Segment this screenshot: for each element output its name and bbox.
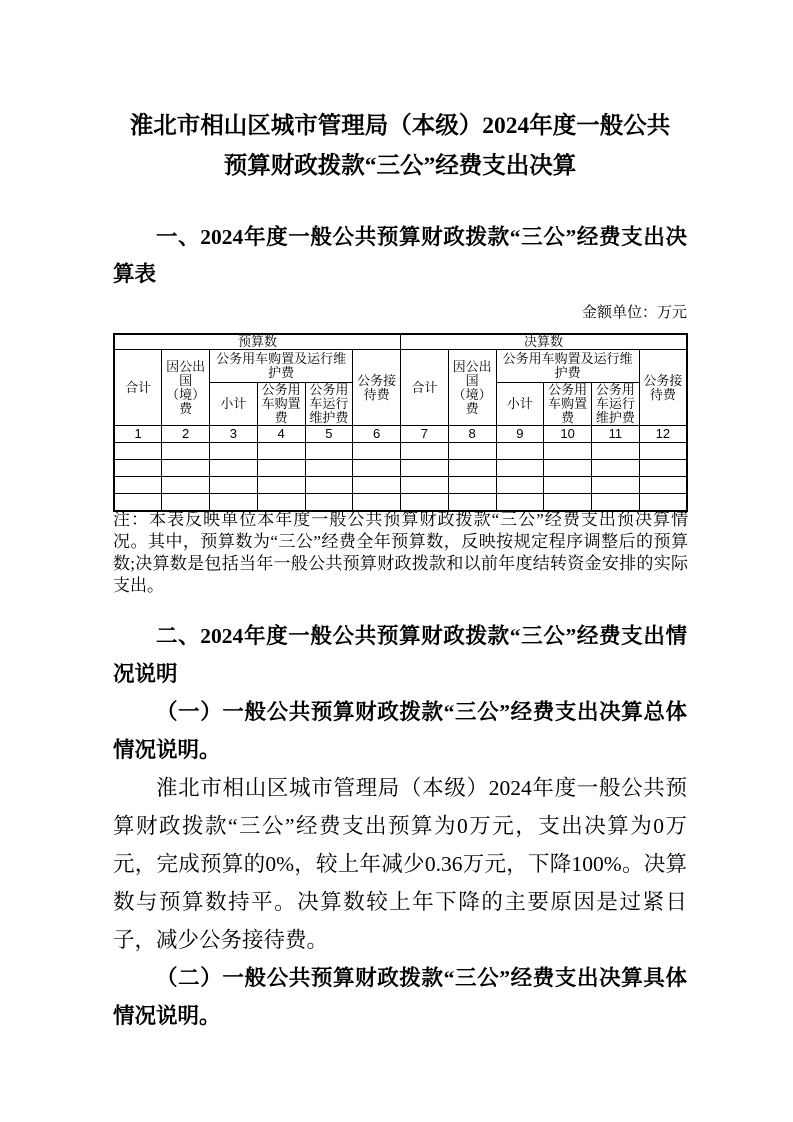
table-cell xyxy=(353,477,401,494)
table-cell xyxy=(496,460,544,477)
final-total-header: 合计 xyxy=(401,350,449,426)
table-cell xyxy=(448,494,496,511)
column-number: 9 xyxy=(496,426,544,443)
final-vehicle-group-header: 公务用车购置及运行维护费 xyxy=(496,350,639,383)
final-subtotal-header: 小计 xyxy=(496,383,544,426)
table-cell xyxy=(448,477,496,494)
document-title-line1: 淮北市相山区城市管理局（本级）2024年度一般公共 xyxy=(113,106,687,146)
amount-unit-label: 金额单位：万元 xyxy=(113,304,687,322)
budget-vehicle-group-header: 公务用车购置及运行维护费 xyxy=(210,350,353,383)
table-cell xyxy=(401,494,449,511)
table-cell xyxy=(544,494,592,511)
column-number: 7 xyxy=(401,426,449,443)
table-header-row-upper: 合计 因公出国（境）费 公务用车购置及运行维护费 公务接待费 合计 因公出国（境… xyxy=(114,350,687,383)
section2-heading: 二、2024年度一般公共预算财政拨款“三公”经费支出情况说明 xyxy=(113,617,687,693)
table-cell xyxy=(544,443,592,460)
budget-subtotal-header: 小计 xyxy=(210,383,258,426)
table-cell xyxy=(257,477,305,494)
budget-vehicle-operation-header: 公务用车运行维护费 xyxy=(305,383,353,426)
table-cell xyxy=(639,494,687,511)
table-cell xyxy=(496,443,544,460)
budget-abroad-header: 因公出国（境）费 xyxy=(162,350,210,426)
final-vehicle-operation-header: 公务用车运行维护费 xyxy=(592,383,640,426)
table-cell xyxy=(114,494,162,511)
table-cell xyxy=(305,443,353,460)
table-cell xyxy=(448,460,496,477)
table-row xyxy=(114,460,687,477)
table-row xyxy=(114,477,687,494)
table-cell xyxy=(210,477,258,494)
table-cell xyxy=(592,443,640,460)
table-cell xyxy=(162,494,210,511)
table-cell xyxy=(162,477,210,494)
table-cell xyxy=(496,494,544,511)
budget-total-header: 合计 xyxy=(114,350,162,426)
table-cell xyxy=(639,477,687,494)
section2-paragraph1: 淮北市相山区城市管理局（本级）2024年度一般公共预算财政拨款“三公”经费支出预… xyxy=(113,769,687,959)
table-cell xyxy=(592,460,640,477)
table-cell xyxy=(257,443,305,460)
table-cell xyxy=(544,460,592,477)
table-cell xyxy=(114,477,162,494)
table-cell xyxy=(210,443,258,460)
section2-content: 二、2024年度一般公共预算财政拨款“三公”经费支出情况说明 （一）一般公共预算… xyxy=(113,617,687,1035)
section2-sub2-heading: （二）一般公共预算财政拨款“三公”经费支出决算具体情况说明。 xyxy=(113,959,687,1035)
column-number: 11 xyxy=(592,426,640,443)
table-cell xyxy=(401,443,449,460)
table-cell xyxy=(401,460,449,477)
column-number-row: 1 2 3 4 5 6 7 8 9 10 11 12 xyxy=(114,426,687,443)
final-abroad-header: 因公出国（境）费 xyxy=(448,350,496,426)
column-number: 5 xyxy=(305,426,353,443)
table-cell xyxy=(162,443,210,460)
budget-group-header: 预算数 xyxy=(114,334,401,350)
table-row xyxy=(114,443,687,460)
document-title: 淮北市相山区城市管理局（本级）2024年度一般公共 预算财政拨款“三公”经费支出… xyxy=(113,106,687,186)
table-cell xyxy=(257,460,305,477)
column-number: 12 xyxy=(639,426,687,443)
column-number: 6 xyxy=(353,426,401,443)
column-number: 4 xyxy=(257,426,305,443)
table-group-header-row: 预算数 决算数 xyxy=(114,334,687,350)
table-cell xyxy=(544,477,592,494)
table-row xyxy=(114,494,687,511)
table-cell xyxy=(210,494,258,511)
table-cell xyxy=(162,460,210,477)
table-cell xyxy=(639,460,687,477)
column-number: 8 xyxy=(448,426,496,443)
table-cell xyxy=(305,477,353,494)
section1-heading: 一、2024年度一般公共预算财政拨款“三公”经费支出决算表 xyxy=(113,219,687,293)
final-group-header: 决算数 xyxy=(401,334,688,350)
column-number: 3 xyxy=(210,426,258,443)
final-vehicle-purchase-header: 公务用车购置费 xyxy=(544,383,592,426)
table-cell xyxy=(210,460,258,477)
table-cell xyxy=(448,443,496,460)
column-number: 1 xyxy=(114,426,162,443)
document-title-line2: 预算财政拨款“三公”经费支出决算 xyxy=(113,146,687,186)
table-cell xyxy=(257,494,305,511)
table-cell xyxy=(305,494,353,511)
table-cell xyxy=(353,443,401,460)
table-cell xyxy=(353,460,401,477)
budget-vehicle-purchase-header: 公务用车购置费 xyxy=(257,383,305,426)
table-cell xyxy=(592,477,640,494)
document-page: 淮北市相山区城市管理局（本级）2024年度一般公共 预算财政拨款“三公”经费支出… xyxy=(0,0,793,1122)
table-cell xyxy=(114,443,162,460)
column-number: 2 xyxy=(162,426,210,443)
section2-sub1-heading: （一）一般公共预算财政拨款“三公”经费支出决算总体情况说明。 xyxy=(113,693,687,769)
sangong-expense-table: 预算数 决算数 合计 因公出国（境）费 公务用车购置及运行维护费 公务接待费 合… xyxy=(113,333,688,512)
table-cell xyxy=(305,460,353,477)
table-cell xyxy=(496,477,544,494)
table-body xyxy=(114,443,687,511)
table-cell xyxy=(353,494,401,511)
budget-reception-header: 公务接待费 xyxy=(353,350,401,426)
table-cell xyxy=(114,460,162,477)
column-number: 10 xyxy=(544,426,592,443)
table-cell xyxy=(592,494,640,511)
table-note: 注：本表反映单位本年度一般公共预算财政拨款“三公”经费支出预决算情况。其中，预算… xyxy=(113,509,688,597)
table-cell xyxy=(639,443,687,460)
final-reception-header: 公务接待费 xyxy=(639,350,687,426)
table-cell xyxy=(401,477,449,494)
